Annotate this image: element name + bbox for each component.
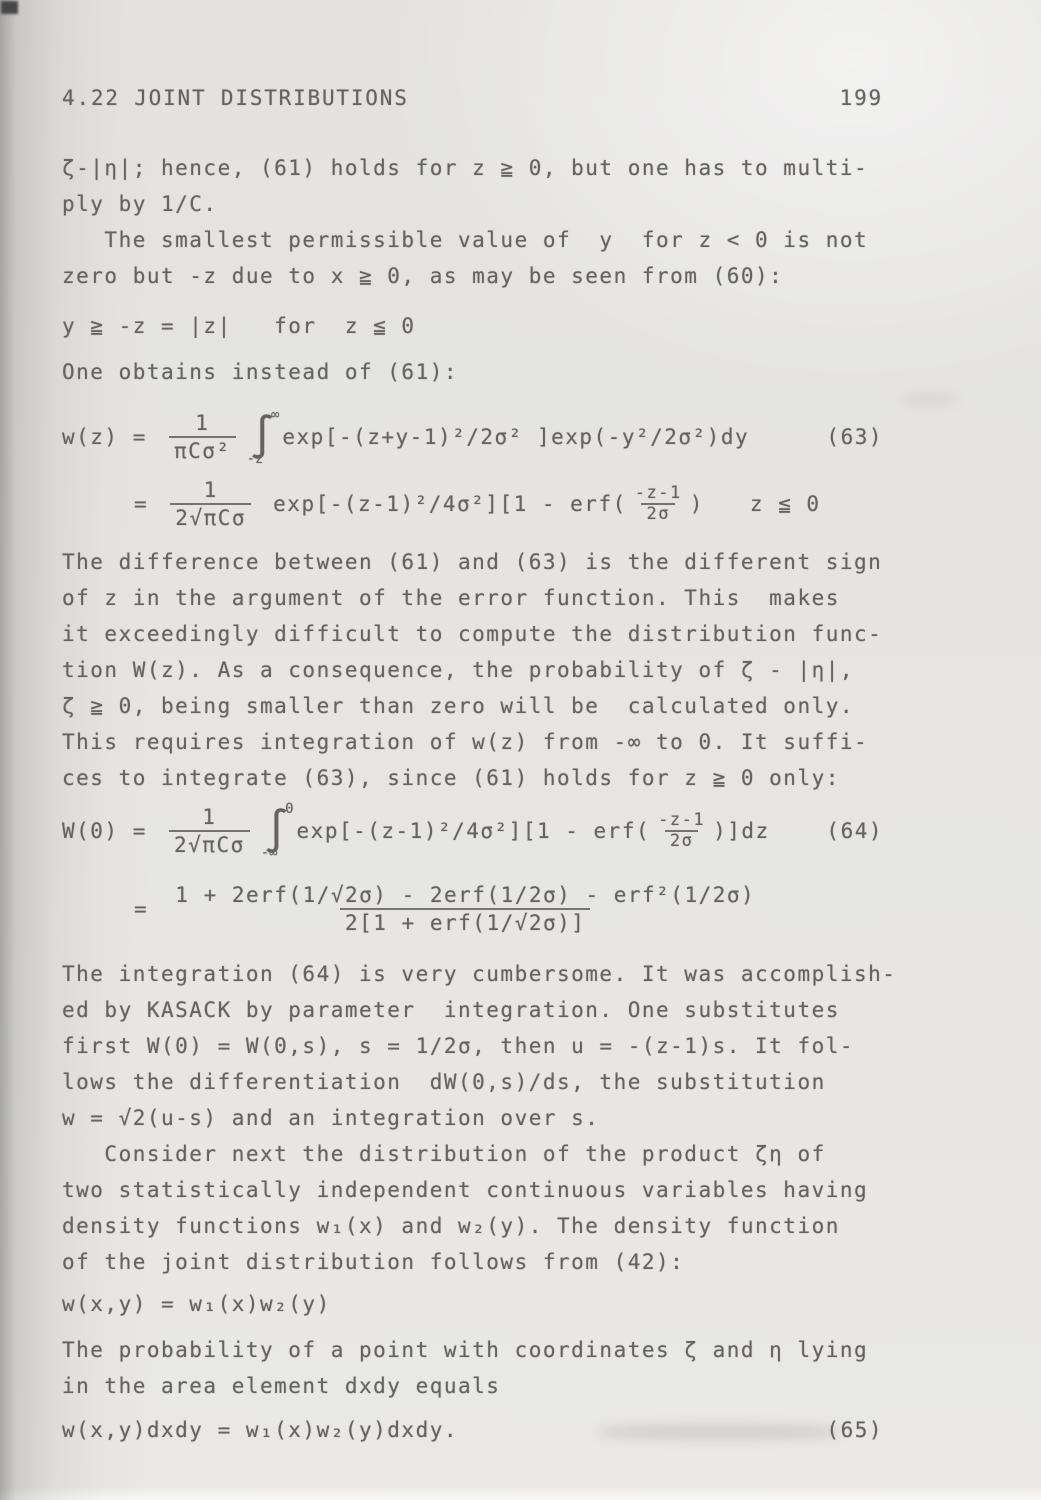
fraction-denominator: 2√πCσ	[170, 503, 251, 530]
integral-glyph: ∫	[264, 813, 291, 849]
text-line: ed by KASACK by parameter integration. O…	[62, 992, 883, 1028]
text-line: The integration (64) is very cumbersome.…	[62, 956, 883, 992]
text-line: it exceedingly difficult to compute the …	[62, 616, 883, 652]
equation-number: (65)	[826, 1418, 883, 1442]
equals-sign: =	[134, 492, 162, 516]
fraction-numerator: -z-1	[630, 485, 687, 503]
fraction-denominator: 2σ	[665, 830, 698, 851]
page-number: 199	[840, 80, 883, 116]
equation-body: w(x,y)dxdy = w₁(x)w₂(y)dxdy.	[62, 1418, 458, 1442]
fraction-numerator: 1	[197, 805, 221, 829]
text-line: density functions w₁(x) and w₂(y). The d…	[62, 1208, 883, 1244]
text-line: The probability of a point with coordina…	[62, 1332, 883, 1368]
equation-63-line-1: w(z) = 1 πCσ² ∞ ∫ -z exp[-(z+y-1)²/2σ² ]…	[62, 402, 883, 472]
integral-lower-limit: -z	[247, 452, 264, 466]
equation-lhs: w(z) =	[62, 425, 161, 449]
fraction: 1 2√πCσ	[170, 478, 251, 529]
equation-body: exp[-(z-1)²/4σ²][1 - erf(	[259, 492, 627, 516]
page-content: 4.22 JOINT DISTRIBUTIONS 199 ζ-|η|; henc…	[0, 0, 1041, 1500]
equation-body: exp[-(z-1)²/4σ²][1 - erf(	[297, 819, 651, 843]
equation-65: w(x,y)dxdy = w₁(x)w₂(y)dxdy. (65)	[62, 1418, 883, 1442]
condition: z ≦ 0	[750, 492, 821, 516]
fraction-denominator: 2√πCσ	[169, 830, 250, 857]
paragraph-5: The probability of a point with coordina…	[62, 1332, 883, 1404]
text-line: two statistically independent continuous…	[62, 1172, 883, 1208]
integral-lower-limit: -∞	[261, 846, 278, 860]
section-title: 4.22 JOINT DISTRIBUTIONS	[62, 80, 409, 116]
joint-density-equation: w(x,y) = w₁(x)w₂(y)	[62, 1286, 883, 1322]
paragraph-2: The difference between (61) and (63) is …	[62, 544, 883, 796]
running-header: 4.22 JOINT DISTRIBUTIONS 199	[62, 80, 883, 116]
fraction-denominator: 2[1 + erf(1/√2σ)]	[340, 908, 590, 935]
fraction-denominator: 2σ	[641, 503, 674, 524]
equation-64-line-2: = 1 + 2erf(1/√2σ) - 2erf(1/2σ) - erf²(1/…	[62, 874, 883, 944]
integral-sign: ∞ ∫ -z	[250, 408, 277, 466]
text-line: ζ-|η|; hence, (61) holds for z ≧ 0, but …	[62, 150, 883, 186]
text-line: lows the differentiation dW(0,s)/ds, the…	[62, 1064, 883, 1100]
equation-64-line-1: W(0) = 1 2√πCσ 0 ∫ -∞ exp[-(z-1)²/4σ²][1…	[62, 796, 883, 866]
text-line: The smallest permissible value of y for …	[62, 222, 883, 258]
text-line: tion W(z). As a consequence, the probabi…	[62, 652, 883, 688]
erf-argument-fraction: -z-1 2σ	[653, 812, 710, 851]
closing-paren: )	[690, 492, 704, 516]
fraction: 1 πCσ²	[169, 411, 236, 462]
equals-sign: =	[134, 897, 162, 921]
integral-sign: 0 ∫ -∞	[264, 802, 291, 860]
erf-argument-fraction: -z-1 2σ	[630, 485, 687, 524]
equation-63-line-2: = 1 2√πCσ exp[-(z-1)²/4σ²][1 - erf( -z-1…	[62, 472, 883, 536]
paragraph-1: ζ-|η|; hence, (61) holds for z ≧ 0, but …	[62, 150, 883, 294]
text-line: zero but -z due to x ≧ 0, as may be seen…	[62, 258, 883, 294]
text-line: ply by 1/C.	[62, 186, 883, 222]
fraction-numerator: -z-1	[653, 812, 710, 830]
text-line: of the joint distribution follows from (…	[62, 1244, 883, 1280]
text-line: ces to integrate (63), since (61) holds …	[62, 760, 883, 796]
equation-number: (64)	[826, 819, 883, 843]
fraction: 1 2√πCσ	[169, 805, 250, 856]
text-line: w = √2(u-s) and an integration over s.	[62, 1100, 883, 1136]
text-line: The difference between (61) and (63) is …	[62, 544, 883, 580]
equation-number: (63)	[826, 425, 883, 449]
equation-lhs: W(0) =	[62, 819, 161, 843]
paragraph-4: Consider next the distribution of the pr…	[62, 1136, 883, 1280]
fraction-numerator: 1 + 2erf(1/√2σ) - 2erf(1/2σ) - erf²(1/2σ…	[170, 883, 760, 907]
fraction-numerator: 1	[190, 411, 214, 435]
text-line: ζ ≧ 0, being smaller than zero will be c…	[62, 688, 883, 724]
text-line: first W(0) = W(0,s), s = 1/2σ, then u = …	[62, 1028, 883, 1064]
text-line: Consider next the distribution of the pr…	[62, 1136, 883, 1172]
integral-glyph: ∫	[250, 419, 277, 455]
scanned-book-page: 4.22 JOINT DISTRIBUTIONS 199 ζ-|η|; henc…	[0, 0, 1041, 1500]
text-line: of z in the argument of the error functi…	[62, 580, 883, 616]
paragraph-3: The integration (64) is very cumbersome.…	[62, 956, 883, 1136]
equation-body: exp[-(z+y-1)²/2σ² ]exp(-y²/2σ²)dy	[282, 425, 749, 449]
text-line: This requires integration of w(z) from -…	[62, 724, 883, 760]
fraction-denominator: πCσ²	[169, 436, 236, 463]
result-fraction: 1 + 2erf(1/√2σ) - 2erf(1/2σ) - erf²(1/2σ…	[170, 883, 760, 934]
equation-63-lead-in: One obtains instead of (61):	[62, 354, 883, 390]
inequality-relation: y ≧ -z = |z| for z ≦ 0	[62, 308, 883, 344]
text-line: in the area element dxdy equals	[62, 1368, 883, 1404]
equation-body: )]dz	[713, 819, 770, 843]
fraction-numerator: 1	[199, 478, 223, 502]
